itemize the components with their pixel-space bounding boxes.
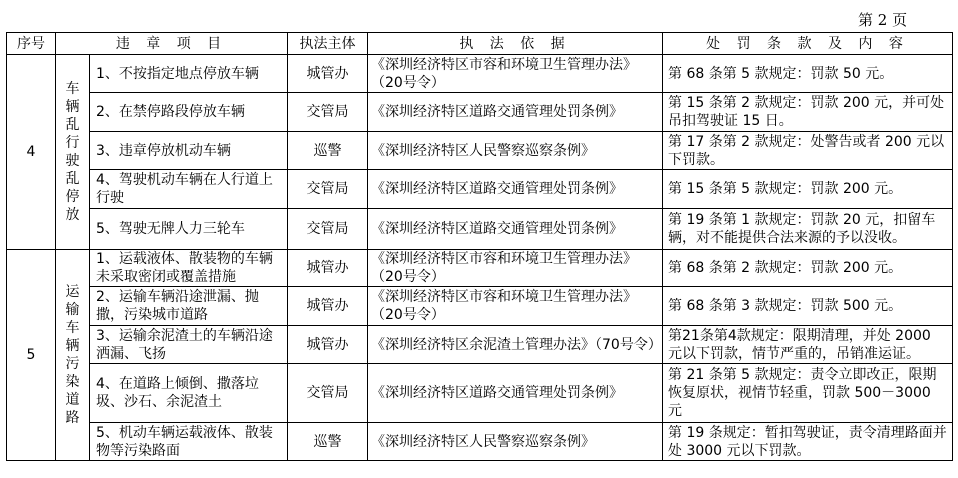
agency-cell: 巡警 <box>288 423 368 461</box>
item-cell: 1、不按指定地点停放车辆 <box>90 55 288 93</box>
item-cell: 1、运载液体、散装物的车辆未采取密闭或覆盖措施 <box>90 250 288 287</box>
penalty-cell: 第 68 条第 3 款规定：罚款 500 元。 <box>663 287 953 326</box>
table-row: 3、运输余泥渣土的车辆沿途洒漏、飞扬 城管办 《深圳经济特区余泥渣土管理办法》（… <box>7 326 953 364</box>
item-cell: 4、在道路上倾倒、撒落垃圾、沙石、余泥渣土 <box>90 364 288 423</box>
penalty-cell: 第21条第4款规定：限期清理，并处 2000 元以下罚款，情节严重的，吊销准运证… <box>663 326 953 364</box>
table-header-row: 序号 违 章 项 目 执法主体 执 法 依 据 处 罚 条 款 及 内 容 <box>7 33 953 55</box>
agency-cell: 巡警 <box>288 132 368 170</box>
penalty-cell: 第 19 条第 1 款规定：罚款 20 元，扣留车辆，对不能提供合法来源的予以没… <box>663 209 953 250</box>
page-number: 第 2 页 <box>858 9 907 30</box>
basis-cell: 《深圳经济特区道路交通管理处罚条例》 <box>368 209 663 250</box>
penalty-cell: 第 68 条第 5 款规定：罚款 50 元。 <box>663 55 953 93</box>
table-row: 4、驾驶机动车辆在人行道上行驶 交管局 《深圳经济特区道路交通管理处罚条例》 第… <box>7 170 953 209</box>
item-cell: 3、运输余泥渣土的车辆沿途洒漏、飞扬 <box>90 326 288 364</box>
penalty-table: 序号 违 章 项 目 执法主体 执 法 依 据 处 罚 条 款 及 内 容 4 … <box>6 32 953 461</box>
table-row: 2、在禁停路段停放车辆 交管局 《深圳经济特区道路交通管理处罚条例》 第 15 … <box>7 93 953 132</box>
item-cell: 2、在禁停路段停放车辆 <box>90 93 288 132</box>
penalty-cell: 第 15 条第 5 款规定：罚款 200 元。 <box>663 170 953 209</box>
item-cell: 5、机动车辆运载液体、散装物等污染路面 <box>90 423 288 461</box>
basis-cell: 《深圳经济特区人民警察巡察条例》 <box>368 132 663 170</box>
table-row: 4 车辆乱行驶乱停放 1、不按指定地点停放车辆 城管办 《深圳经济特区市容和环境… <box>7 55 953 93</box>
basis-cell: 《深圳经济特区市容和环境卫生管理办法》（20号令） <box>368 55 663 93</box>
basis-cell: 《深圳经济特区人民警察巡察条例》 <box>368 423 663 461</box>
item-cell: 3、违章停放机动车辆 <box>90 132 288 170</box>
basis-cell: 《深圳经济特区道路交通管理处罚条例》 <box>368 364 663 423</box>
agency-cell: 城管办 <box>288 55 368 93</box>
basis-cell: 《深圳经济特区余泥渣土管理办法》（70号令） <box>368 326 663 364</box>
agency-cell: 交管局 <box>288 93 368 132</box>
item-cell: 5、驾驶无牌人力三轮车 <box>90 209 288 250</box>
basis-cell: 《深圳经济特区道路交通管理处罚条例》 <box>368 93 663 132</box>
penalty-cell: 第 68 条第 2 款规定：罚款 200 元。 <box>663 250 953 287</box>
category-cell: 车辆乱行驶乱停放 <box>56 55 90 250</box>
penalty-cell: 第 19 条规定：暂扣驾驶证，责令清理路面并处 3000 元以下罚款。 <box>663 423 953 461</box>
header-penalty: 处 罚 条 款 及 内 容 <box>663 33 953 55</box>
table-row: 5、机动车辆运载液体、散装物等污染路面 巡警 《深圳经济特区人民警察巡察条例》 … <box>7 423 953 461</box>
seq-cell: 4 <box>7 55 56 250</box>
table-row: 5 运输车辆污染道路 1、运载液体、散装物的车辆未采取密闭或覆盖措施 城管办 《… <box>7 250 953 287</box>
agency-cell: 交管局 <box>288 209 368 250</box>
basis-cell: 《深圳经济特区道路交通管理处罚条例》 <box>368 170 663 209</box>
agency-cell: 城管办 <box>288 326 368 364</box>
agency-cell: 交管局 <box>288 364 368 423</box>
agency-cell: 城管办 <box>288 250 368 287</box>
table-row: 2、运输车辆沿途泄漏、抛撒，污染城市道路 城管办 《深圳经济特区市容和环境卫生管… <box>7 287 953 326</box>
category-cell: 运输车辆污染道路 <box>56 250 90 461</box>
seq-cell: 5 <box>7 250 56 461</box>
category-label: 车辆乱行驶乱停放 <box>64 80 82 224</box>
table-row: 3、违章停放机动车辆 巡警 《深圳经济特区人民警察巡察条例》 第 17 条第 2… <box>7 132 953 170</box>
table-row: 4、在道路上倾倒、撒落垃圾、沙石、余泥渣土 交管局 《深圳经济特区道路交通管理处… <box>7 364 953 423</box>
agency-cell: 交管局 <box>288 170 368 209</box>
header-item: 违 章 项 目 <box>56 33 288 55</box>
penalty-cell: 第 21 条第 5 款规定：责令立即改正，限期恢复原状，视情节轻重，罚款 500… <box>663 364 953 423</box>
basis-cell: 《深圳经济特区市容和环境卫生管理办法》（20号令） <box>368 250 663 287</box>
item-cell: 2、运输车辆沿途泄漏、抛撒，污染城市道路 <box>90 287 288 326</box>
penalty-cell: 第 15 条第 2 款规定：罚款 200 元，并可处吊扣驾驶证 15 日。 <box>663 93 953 132</box>
item-cell: 4、驾驶机动车辆在人行道上行驶 <box>90 170 288 209</box>
agency-cell: 城管办 <box>288 287 368 326</box>
penalty-cell: 第 17 条第 2 款规定：处警告或者 200 元以下罚款。 <box>663 132 953 170</box>
header-agency: 执法主体 <box>288 33 368 55</box>
table-row: 5、驾驶无牌人力三轮车 交管局 《深圳经济特区道路交通管理处罚条例》 第 19 … <box>7 209 953 250</box>
header-seq: 序号 <box>7 33 56 55</box>
basis-cell: 《深圳经济特区市容和环境卫生管理办法》（20号令） <box>368 287 663 326</box>
category-label: 运输车辆污染道路 <box>64 283 82 427</box>
header-basis: 执 法 依 据 <box>368 33 663 55</box>
